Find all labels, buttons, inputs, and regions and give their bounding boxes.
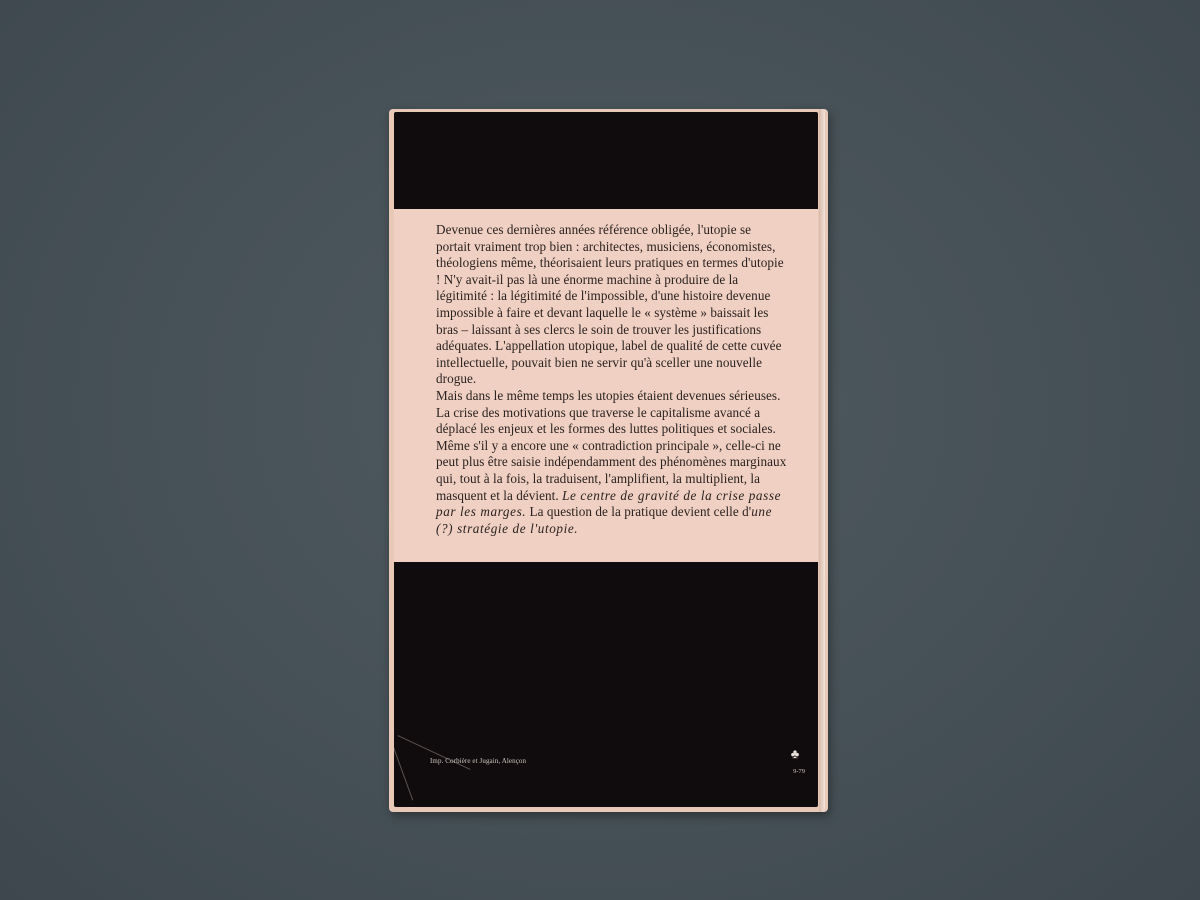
print-code: 9-79 <box>793 768 805 775</box>
blurb-band: Devenue ces dernières années référence o… <box>394 209 818 562</box>
back-cover: Devenue ces dernières années référence o… <box>394 112 818 807</box>
blurb-paragraph-1: Devenue ces dernières années référence o… <box>436 222 788 388</box>
book: Devenue ces dernières années référence o… <box>389 109 828 812</box>
blurb-text-run: Mais dans le même temps les utopies étai… <box>436 388 786 503</box>
cover-crease <box>394 744 413 801</box>
printer-imprint: Imp. Corbière et Jugain, Alençon <box>430 757 526 765</box>
blurb-paragraph-2: Mais dans le même temps les utopies étai… <box>436 388 788 537</box>
book-page-edge <box>819 109 825 812</box>
blurb-text-run: La question de la pratique devient celle… <box>526 504 751 519</box>
blurb-text: Devenue ces dernières années référence o… <box>436 222 788 537</box>
trefoil-logo-icon: ♣ <box>788 747 802 761</box>
